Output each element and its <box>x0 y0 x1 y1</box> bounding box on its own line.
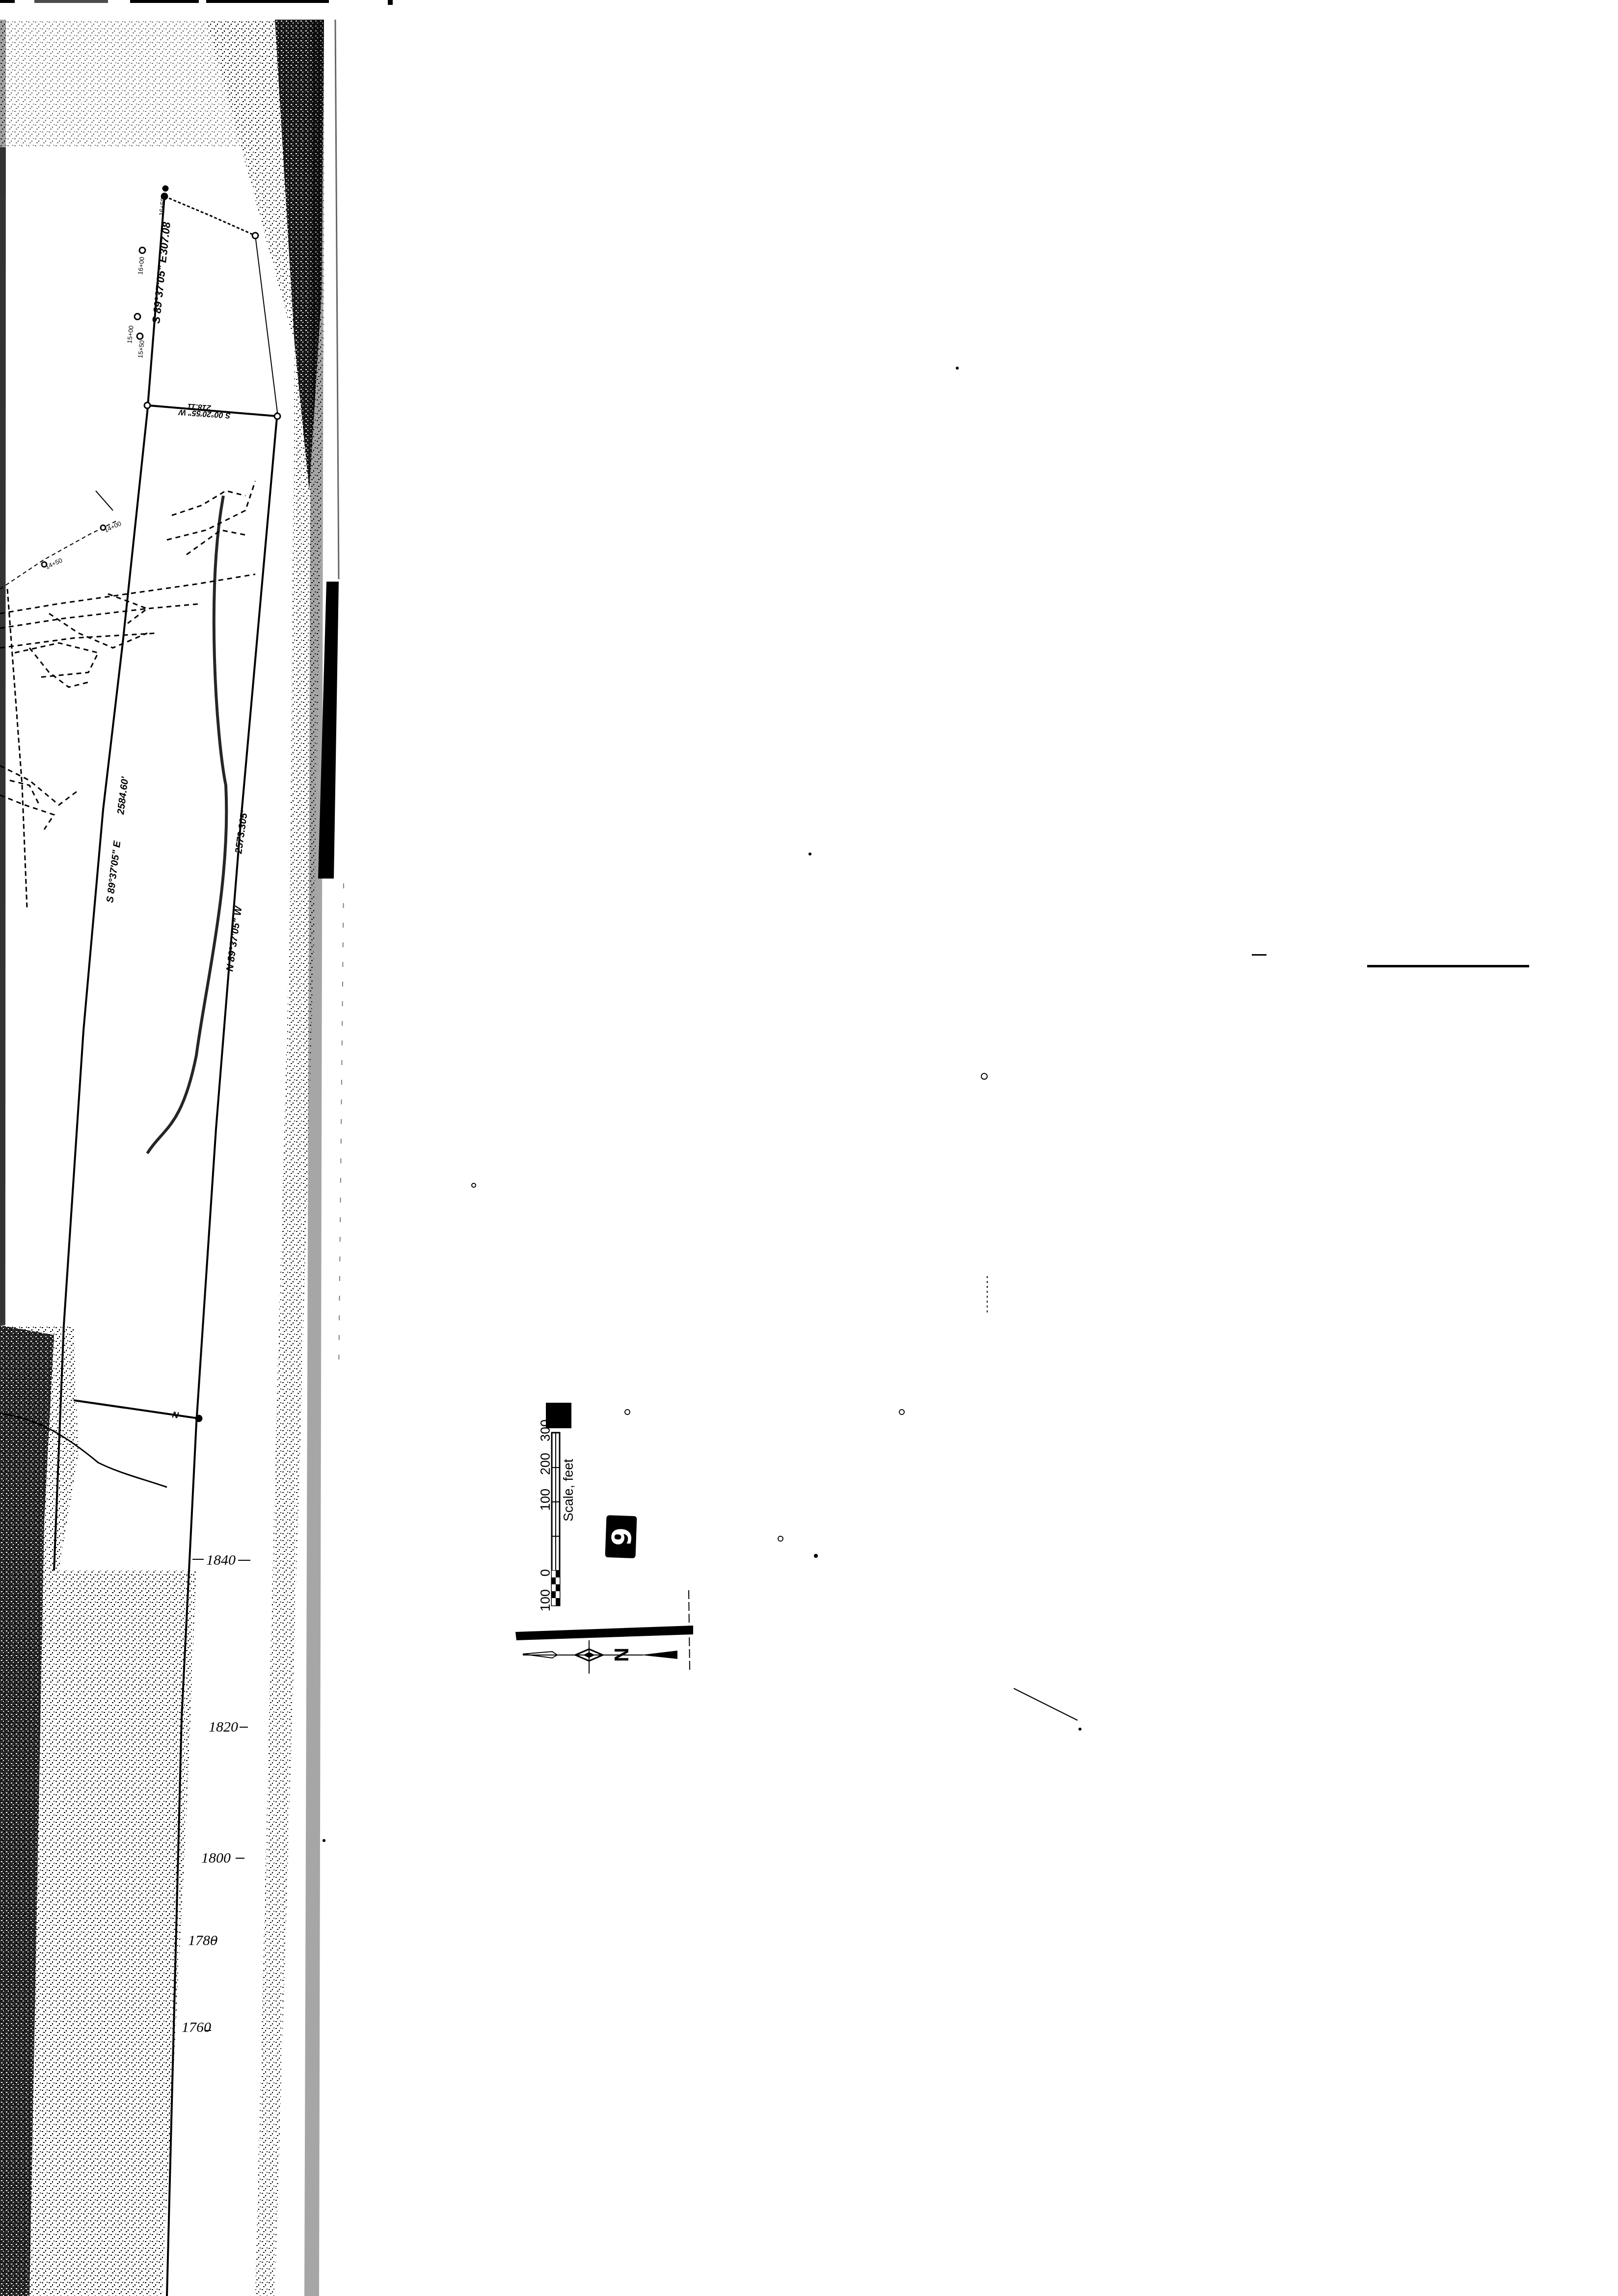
bearing-west-line-lower: S 89°37'05" E <box>105 840 123 903</box>
bearing-west-line: S 89°37'05" E <box>150 254 169 324</box>
scale-tick-200: 200 <box>538 1453 553 1475</box>
survey-map: S 89°37'05" E 307.08 S 89°37'05" E 2584.… <box>0 0 1618 2296</box>
scale-tick-0: 0 <box>538 1569 553 1576</box>
svg-text:16+00: 16+00 <box>136 256 146 275</box>
north-letter: N <box>611 1648 633 1662</box>
distance-top-cross-line: 218.11 <box>187 402 212 412</box>
svg-text:14+50: 14+50 <box>44 557 63 571</box>
scale-tick-left-100: 100 <box>538 1589 553 1611</box>
distance-west-line: 307.08 <box>157 221 173 255</box>
scan-top-edge <box>0 0 393 5</box>
station-markers <box>42 186 280 1421</box>
scale-bar: 100 0 100 200 300 Scale, feet <box>538 1403 576 1611</box>
svg-text:14+00: 14+00 <box>103 520 122 534</box>
sheet-number-badge: 6 <box>605 1515 637 1558</box>
bearing-labels: S 89°37'05" E 307.08 S 89°37'05" E 2584.… <box>105 221 250 1420</box>
distance-west-line-lower: 2584.60' <box>115 775 131 815</box>
contour-1760: 1760 <box>182 2019 211 2035</box>
map-sheet: S 89°37'05" E 307.08 S 89°37'05" E 2584.… <box>0 20 344 2296</box>
scale-tick-100: 100 <box>538 1489 553 1511</box>
svg-text:16+50: 16+50 <box>158 197 167 216</box>
distance-east-line: 2573.305' <box>233 809 250 855</box>
scale-tick-300: 300 <box>538 1419 553 1442</box>
bearing-east-line: N 89°37'05" W <box>224 905 244 972</box>
svg-text:15+50: 15+50 <box>136 340 146 358</box>
bearing-bottom-cross-line: N <box>171 1410 180 1420</box>
contour-1800: 1800 <box>201 1850 231 1866</box>
scale-title: Scale, feet <box>561 1459 576 1522</box>
svg-text:15+00: 15+00 <box>126 325 135 344</box>
contour-1840: 1840 <box>206 1552 236 1568</box>
scan-specks <box>323 367 1529 1842</box>
station-labels: 16+50 16+00 15+50 15+00 14+50 14+00 <box>44 197 167 570</box>
scale-checker <box>552 1571 560 1605</box>
contour-1820: 1820 <box>209 1719 238 1735</box>
